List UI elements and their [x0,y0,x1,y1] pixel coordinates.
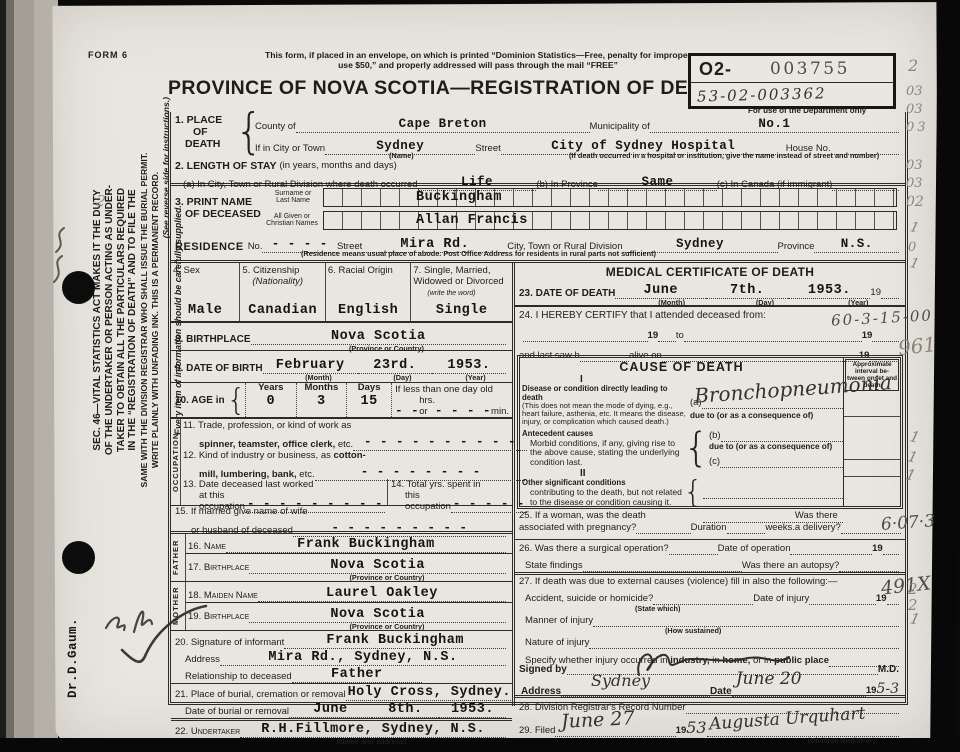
item22-field: R.H.Fillmore, Sydney, N.S. [240,719,506,738]
section-place-of-death: 1. PLACE OF DEATH { County of Cape Breto… [171,112,905,160]
item26-autopsy-label: Was there an autopsy? [742,561,839,572]
item21-date-day: 8th. [372,699,439,718]
item3-label: 3. PRINT NAME OF DECEASED [175,196,263,220]
cause-antecedent-fields: (b) due to (or as a consequence of) (c) [709,430,843,468]
item1-label-line2: OF [175,126,237,138]
item10-years-cell: Years0 [245,383,296,417]
section-item25: 25. If a woman, was the death associated… [515,509,905,540]
right-column: MEDICAL CERTIFICATE OF DEATH 23. DATE OF… [515,263,905,706]
margin-code: 03 [906,120,929,135]
section-item23-date-of-death: 23. DATE OF DEATH June 7th. 1953. 19 (Mo… [515,279,905,307]
item2-label-paren: (in years, months and days) [280,161,397,172]
item14-cell: 14. Total yrs. spent in this occupation-… [387,479,531,505]
signed-date-label: Date [710,686,732,698]
item7-value: Single [413,303,510,318]
father-fields: 16. Name Frank Buckingham 17. Birthplace… [185,534,512,581]
item29-filed-year: 53 [686,718,706,737]
section-item24-certify: 24. I HEREBY CERTIFY that I attended dec… [515,307,905,355]
item2-label: 2. LENGTH OF STAY [175,160,277,172]
item9-day-field: 23rd. [358,355,432,374]
item27-how-sustained: (How sustained) [515,627,905,635]
stamp-handwritten-number: 53-02-003362 [697,82,893,105]
cause-disease-desc: Disease or condition directly leading to… [520,385,690,426]
item7-marital-cell: 7. Single, Married,Widowed or Divorced(w… [411,263,512,321]
item4-sex-cell: 4. Sex Male [171,263,240,321]
item13-cell: 13. Date deceased last worked at this oc… [181,479,387,505]
city-label: If in City or Town [255,144,325,155]
margin-code: 03 [906,176,923,191]
item22-caption: (Name and address) [171,738,512,746]
stamp-serial-number: 003755 [770,59,850,79]
item10-months-cell: Months3 [296,383,347,417]
statute-line: WRITE PLAINLY WITH UNFADING INK. THIS IS… [150,57,161,583]
item29-label: 29. Filed [519,726,555,737]
section-item10-age: 10. AGE in { Years0 Months3 Days15 If le… [171,383,512,419]
item23-19: 19 [870,288,881,299]
cause-due-to-1: due to (or as a consequence of) [690,409,843,420]
items13-14-row: 13. Date deceased last worked at this oc… [181,479,531,505]
signed-by-label: Signed by [519,664,567,676]
item10-hours-cell: If less than one day old - -hrs. or- - -… [391,383,512,417]
cause-antecedent-desc: Antecedent causes Morbid conditions, if … [520,430,684,468]
item6-label: 6. Racial Origin [328,266,409,277]
scanned-death-registration: FORM 6 SEC. 46—VITAL STATISTICS ACT MAKE… [0,0,960,752]
residence-caption: (Residence means usual place of abode. P… [301,250,656,258]
item6-value: English [328,303,409,318]
item7-label: 7. Single, Married,Widowed or Divorced(w… [413,266,510,299]
section-item29: 29. Filed June 27 19 53 Augusta Urquhart… [515,714,905,740]
item19-label: 19. Birthplace [188,612,249,623]
residence-province-label: Province [778,242,815,253]
item21-date-label: Date of burial or removal [185,707,289,718]
item22-label: 22. Undertaker [175,727,240,738]
item22-row: 22. Undertaker R.H.Fillmore, Sydney, N.S… [171,721,512,738]
statute-line: TAKER TO OBTAIN ALL THE PARTICULARS REQU… [116,57,128,583]
item8-label: 8. BIRTHPLACE [175,334,251,345]
item18-row: 18. Maiden Name Laurel Oakley [186,582,512,603]
item26-date-label: Date of operation [718,544,791,555]
margin-code: 0 [908,240,916,255]
item5-citizenship-cell: 5. Citizenship(Nationality) Canadian [240,263,326,321]
residence-no-label: No. [248,242,263,253]
section-item21-burial: 21. Place of burial, cremation or remova… [171,684,512,721]
antecedent-brace: { [684,430,709,468]
item10-brace: { [227,383,246,418]
margin-code: 03 [906,158,923,173]
residence-label: RESIDENCE [175,241,244,253]
surname-sublabel: Surname orLast Name [267,190,319,205]
item25-left: 25. If a woman, was the death associated… [519,511,795,534]
statute-line: IN THE “REGISTRATION OF DEATH” AND TO FI… [127,57,139,583]
item15-row: 15. If married give name of wife or husb… [171,506,512,534]
item4-value: Male [173,303,237,318]
item1-label-line1: 1. PLACE [175,114,237,126]
item26-label: 26. Was there a surgical operation? [519,544,669,555]
item26-findings-label: State findings [525,561,583,572]
item21-date-year: 1953. [439,699,506,718]
scan-left-edge [0,0,58,747]
mother-fields: 18. Maiden Name Laurel Oakley 19. Birthp… [185,582,512,630]
item5-value: Canadian [242,303,323,318]
item12-label-line1: 12. Kind of industry or business, as cot… [183,451,527,462]
given-names-value: Allan Francis [416,213,528,228]
section-item22-undertaker: 22. Undertaker R.H.Fillmore, Sydney, N.S… [171,721,512,746]
section-mother: MOTHER 18. Maiden Name Laurel Oakley 19.… [171,582,512,631]
item17-label: 17. Birthplace [188,563,249,574]
item5-label: 5. Citizenship(Nationality) [242,266,323,288]
mail-note-line2: use $50,” and properly addressed will pa… [198,60,758,70]
margin-code: 03 [906,84,923,99]
item9-label: 9. DATE OF BIRTH [175,363,263,374]
stamp-prefix: O2- [699,59,732,80]
occupation-side-label: OCCUPATION [171,419,180,505]
item20-relationship-row: Relationship to deceased Father [171,666,512,683]
doctor-margin-note: Dr.D.Gaum. [66,578,80,698]
item29-filed-date: June 27 [561,707,636,733]
section-item20-informant: 20. Signature of informant Frank Bucking… [171,631,512,684]
margin-code: 03 [906,102,923,117]
item1-row-county: County of Cape Breton Municipality of No… [255,114,899,133]
item12-field: - - - - - - - - [315,462,527,481]
item9-year-field: 1953. [432,355,506,374]
item20-relationship-field: Father [292,664,422,683]
cause-main: CAUSE OF DEATH I Disease or condition di… [520,358,843,506]
given-names-sublabel: All Given orChristian Names [263,213,321,228]
item16-row: 16. Name Frank Buckingham [186,534,512,554]
item19-field: Nova Scotia [249,604,506,623]
left-column: 4. Sex Male 5. Citizenship(Nationality) … [171,263,515,706]
md-label: M.D. [878,664,899,676]
item23-year-field: 1953. [788,280,870,299]
item6-racial-origin-cell: 6. Racial Origin English [326,263,412,321]
item25-duration-label: Duration [691,523,727,534]
cause-due-to-2: due to (or as a consequence of) [709,442,843,451]
medical-certificate-title: MEDICAL CERTIFICATE OF DEATH [515,263,905,279]
item20-address-label: Address [185,655,220,666]
father-side-label: FATHER [171,534,185,581]
mail-note-line1: This form, if placed in an envelope, on … [198,50,758,60]
street-label: Street [475,144,500,155]
item18-label: 18. Maiden Name [188,591,258,602]
item9-month-field: February [263,355,358,374]
margin-code: 02 [906,194,924,210]
hole-punch-bottom [62,541,95,574]
municipality-label: Municipality of [590,122,650,133]
item11-row: 11. Trade, profession, or kind of work a… [181,419,531,449]
pencil-scribble-left [44,226,78,290]
signed-address-label: Address [521,686,561,698]
item9-captions: (Month) (Day) (Year) [171,374,512,382]
cause-title: CAUSE OF DEATH [520,358,843,374]
item16-field: Frank Buckingham [226,534,506,553]
item20-relationship-label: Relationship to deceased [185,672,292,683]
item4-label: 4. Sex [173,266,237,277]
section-occupation: OCCUPATION 11. Trade, profession, or kin… [171,419,512,506]
item23-month-field: June [615,280,706,299]
item25-code: 6·07·3 [880,511,935,535]
county-label: County of [255,122,296,133]
item10-label: 10. AGE in [175,395,225,406]
form-body: 1. PLACE OF DEATH { County of Cape Breto… [168,112,908,705]
item23-day-field: 7th. [706,280,788,299]
statute-line: OF THE UNDERTAKER OR PERSON ACTING AS UN… [104,57,116,583]
item18-field: Laurel Oakley [258,583,506,602]
signed-address-value: Sydney [591,671,650,690]
item1-label-line3: DEATH [175,138,237,150]
signed-date-value: June 20 [736,669,802,689]
cause-b-label: (b) [709,431,721,442]
cause-of-death-box: CAUSE OF DEATH I Disease or condition di… [517,355,903,509]
surname-comb-grid: Buckingham [323,188,897,207]
section-signed-by: Signed by M.D. Address Sydney Date June … [515,659,905,698]
margin-statute-block: SEC. 46—VITAL STATISTICS ACT MAKES IT TH… [92,57,164,583]
section-father: FATHER 16. Name Frank Buckingham 17. Bir… [171,534,512,582]
item16-label: 16. Name [188,542,226,553]
item21-date-row: Date of burial or removal June 8th. 1953… [171,701,512,718]
margin-code: 2 [908,56,918,75]
item29-caption: (Division Registrar) [515,737,905,745]
department-stamp-box: O2- 003755 53-02-003362 [688,53,896,109]
section-item9-date-of-birth: 9. DATE OF BIRTH February 23rd. 1953. (M… [171,351,512,383]
item1-label: 1. PLACE OF DEATH [175,114,237,150]
county-field: Cape Breton [296,114,590,133]
statute-line: SEC. 46—VITAL STATISTICS ACT MAKES IT TH… [92,57,104,583]
item3-label-line2: OF DECEASED [175,208,263,220]
mother-side-label: MOTHER [171,582,185,630]
section-print-name: 3. PRINT NAME OF DECEASED Surname orLast… [171,186,905,263]
item24-to: to [676,331,684,342]
item15-label-line1: 15. If married give name of wife [175,507,506,518]
given-names-comb-grid: Allan Francis [323,211,897,230]
item17-row: 17. Birthplace Nova Scotia (Province or … [186,554,512,581]
cause-c-label: (c) [709,457,720,468]
item17-field: Nova Scotia [249,555,506,574]
item11-label-line1: 11. Trade, profession, or kind of work a… [183,421,527,432]
surname-value: Buckingham [416,190,502,205]
item12-row: 12. Kind of industry or business, as cot… [181,449,531,479]
street-caption: (If death occurred in a hospital or inst… [569,152,879,160]
item25-weeks-label: weeks. [765,523,795,534]
city-name-caption: (Name) [389,152,414,160]
signed-year-value: 5-3 [876,681,899,697]
occupation-items: 11. Trade, profession, or kind of work a… [180,419,531,505]
margin-code: 961 [897,332,937,360]
item21-date-month: June [289,699,372,718]
municipality-field: No.1 [650,114,899,133]
statute-line: SAME WITH THE DIVISION REGISTRAR WHO SHA… [139,57,150,583]
item27-date-injury-label: Date of injury [753,594,809,605]
item8-field: Nova Scotia [251,326,506,345]
cause-disease-row: Disease or condition directly leading to… [520,385,843,426]
item27-label: 27. If death was due to external causes … [515,575,905,588]
item27-state-which: (State which) [515,605,905,613]
item19-row: 19. Birthplace Nova Scotia (Province or … [186,603,512,630]
section-item8-birthplace: 8. BIRTHPLACE Nova Scotia (Province or C… [171,323,512,351]
item23-label: 23. DATE OF DEATH [519,288,615,300]
item27-nature-label: Nature of injury [525,638,589,649]
cause-antecedent-row: Antecedent causes Morbid conditions, if … [520,430,843,468]
section-item26: 26. Was there a surgical operation? Date… [515,540,905,575]
item27-manner-label: Manner of injury [525,616,593,627]
form-columns: 4. Sex Male 5. Citizenship(Nationality) … [171,263,905,706]
item10-days-cell: Days15 [346,383,391,417]
section-items-4-7: 4. Sex Male 5. Citizenship(Nationality) … [171,263,512,323]
section-length-of-stay: 2. LENGTH OF STAY (in years, months and … [171,160,905,186]
residence-province-field: N.S. [814,234,899,253]
item3-label-line1: 3. PRINT NAME [175,196,263,208]
cause-disease-fields: (a) Bronchopneumonia due to (or as a con… [690,385,843,426]
